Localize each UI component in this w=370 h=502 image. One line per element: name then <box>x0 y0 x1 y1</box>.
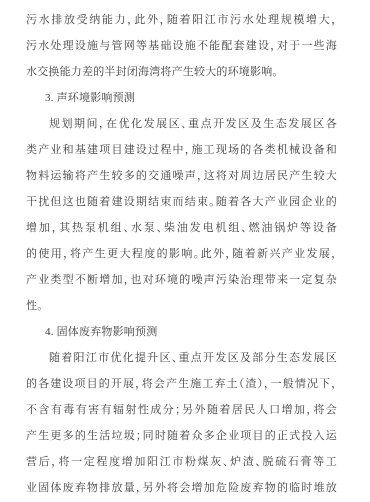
text-line: 产生更多的生活垃圾；同时随着众多企业项目的正式投入运 <box>26 423 337 449</box>
text-line: 增加，其热泵机组、水泵、柴油发电机组、燃油锅炉等设备 <box>26 215 337 241</box>
text-line: 物料运输将产生较多的交通噪声，这将对周边居民产生较大 <box>26 163 337 189</box>
text-line: 随着阳江市优化提升区、重点开发区及部分生态发展区 <box>26 345 337 371</box>
text-line: 营后，将一定程度增加阳江市粉煤灰、炉渣、脱硫石膏等工 <box>26 449 337 475</box>
section-heading: 4. 固体废弃物影响预测 <box>26 319 337 345</box>
text-line: 类产业和基建项目建设过程中，施工现场的各类机械设备和 <box>26 137 337 163</box>
text-line: 的各建设项目的开展，将会产生施工弃土（渣），一般情况下， <box>26 371 337 397</box>
text-line: 水交换能力差的半封闭海湾将产生较大的环境影响。 <box>26 59 337 85</box>
document-page: 污水排放受纳能力，此外，随着阳江市污水处理规模增大， 污水处理设施与管网等基础设… <box>0 0 370 502</box>
text-line: 规划期间，在优化发展区、重点开发区及生态发展区各 <box>26 111 337 137</box>
section-heading: 3. 声环境影响预测 <box>26 85 337 111</box>
text-line: 业固体废弃物排放量，另外将会增加危险废弃物的临时堆放 <box>26 475 337 501</box>
text-line: 不含有毒有害有辐射性成分；另外随着居民人口增加，将会 <box>26 397 337 423</box>
text-line: 产业类型不断增加，也对环境的噪声污染治理带来一定复杂 <box>26 267 337 293</box>
text-line: 的使用，将产生更大程度的影响。此外，随着新兴产业发展， <box>26 241 337 267</box>
text-line: 污水排放受纳能力，此外，随着阳江市污水处理规模增大， <box>26 7 337 33</box>
text-line: 污水处理设施与管网等基础设施不能配套建设，对于一些海 <box>26 33 337 59</box>
text-line: 干扰但这也随着建设期结束而结束。随着各大产业园企业的 <box>26 189 337 215</box>
text-line: 性。 <box>26 293 337 319</box>
